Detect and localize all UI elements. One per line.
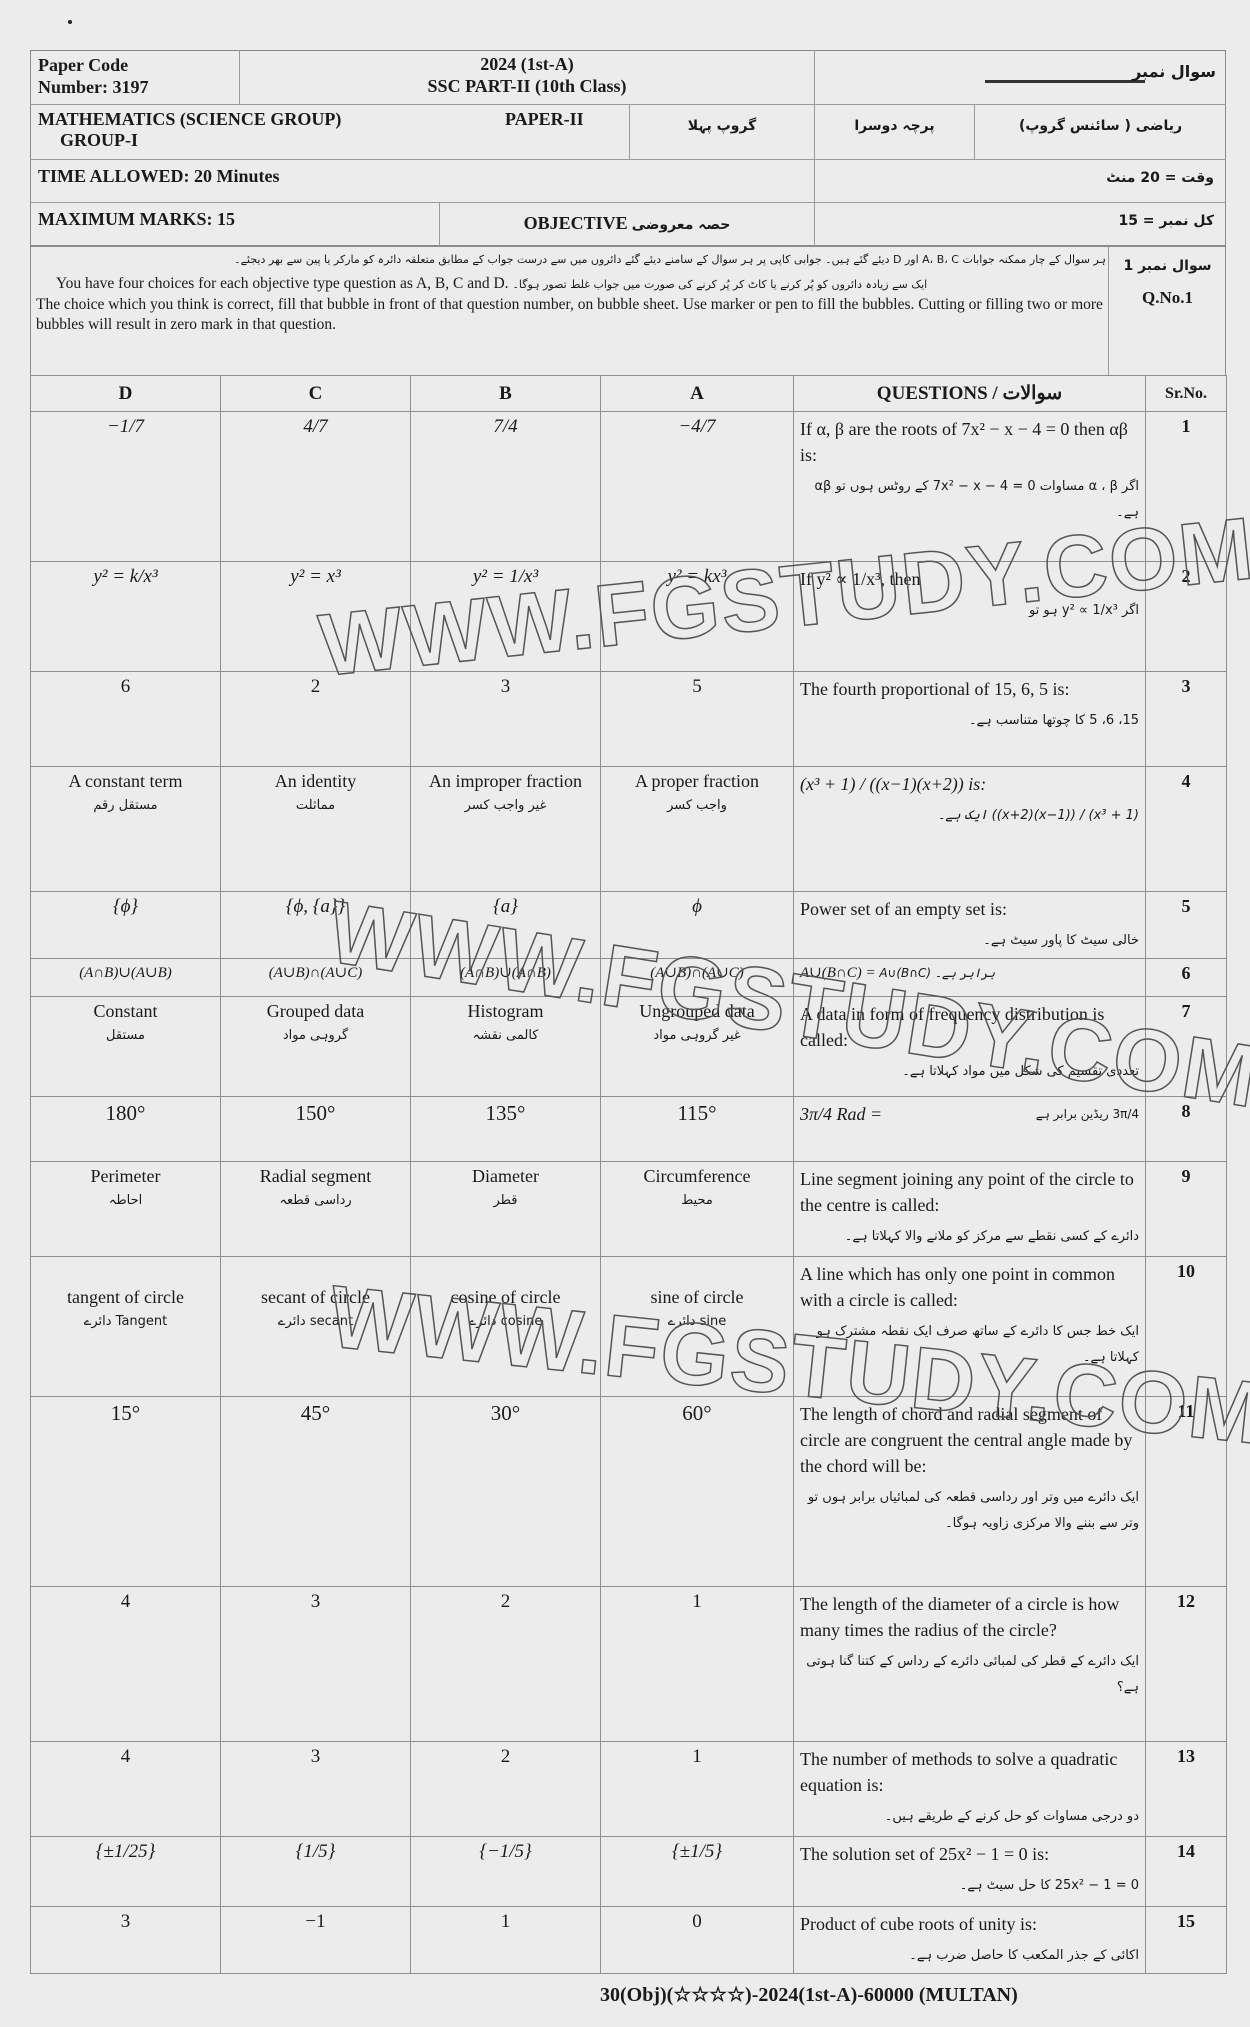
option-c[interactable]: 2	[221, 672, 411, 767]
question-cell: A line which has only one point in commo…	[794, 1257, 1146, 1397]
serial-number: 14	[1146, 1837, 1227, 1907]
option-a[interactable]: 60°	[601, 1397, 794, 1587]
option-d[interactable]: A constant termمستقل رقم	[31, 767, 221, 892]
question-text: If α, β are the roots of 7x² − x − 4 = 0…	[800, 419, 1128, 465]
max-marks: MAXIMUM MARKS: 15	[38, 209, 235, 229]
option-c[interactable]: 3	[221, 1742, 411, 1837]
option-urdu: secant دائرے	[227, 1314, 404, 1329]
serial-number: 1	[1146, 412, 1227, 562]
option-urdu: مماثلت	[227, 798, 404, 813]
marks-urdu: کل نمبر = 15	[1118, 213, 1214, 229]
option-b[interactable]: 135°	[411, 1097, 601, 1162]
serial-number: 6	[1146, 959, 1227, 997]
time-urdu-cell: وقت = 20 منٹ	[815, 160, 1226, 203]
instructions-line2: The choice which you think is correct, f…	[36, 295, 1106, 335]
option-c[interactable]: {ϕ, {a}}	[221, 892, 411, 959]
option-urdu: مستقل رقم	[37, 798, 214, 813]
option-urdu: Tangent دائرے	[37, 1314, 214, 1329]
option-urdu: غیر گروہی مواد	[607, 1028, 787, 1043]
question-urdu: A∪(B∩C) برابر ہے۔	[879, 966, 995, 980]
serial-number: 13	[1146, 1742, 1227, 1837]
option-d[interactable]: 3	[31, 1907, 221, 1974]
question-text: The number of methods to solve a quadrat…	[800, 1749, 1117, 1795]
paper-code-number: Number: 3197	[38, 76, 231, 98]
marks-cell: MAXIMUM MARKS: 15	[30, 203, 440, 246]
question-cell: (x³ + 1) / ((x−1)(x+2)) is:(x³ + 1) / ((…	[794, 767, 1146, 892]
exam-title-cell: 2024 (1st-A) SSC PART-II (10th Class)	[240, 50, 815, 105]
option-b[interactable]: An improper fractionغیر واجب کسر	[411, 767, 601, 892]
option-urdu: cosine دائرے	[417, 1314, 594, 1329]
option-d[interactable]: 6	[31, 672, 221, 767]
col-header-b: B	[411, 376, 601, 412]
question-urdu: دو درجی مساوات کو حل کرنے کے طریقے ہیں۔	[800, 1804, 1139, 1830]
serial-number: 9	[1146, 1162, 1227, 1257]
question-cell: A∪(B∩C) = A∪(B∩C) برابر ہے۔	[794, 959, 1146, 997]
option-d[interactable]: 180°	[31, 1097, 221, 1162]
serial-number: 15	[1146, 1907, 1227, 1974]
group-urdu: گروپ پہلا	[688, 118, 757, 134]
table-row: 3 −1 1 0 Product of cube roots of unity …	[31, 1907, 1227, 1974]
serial-number: 5	[1146, 892, 1227, 959]
option-b[interactable]: cosine of circlecosine دائرے	[411, 1257, 601, 1397]
question-cell: 3π/4 Rad = 3π/4 ریڈین برابر ہے	[794, 1097, 1146, 1162]
option-a[interactable]: −4/7	[601, 412, 794, 562]
option-c[interactable]: (A∪B)∩(A∪C)	[221, 959, 411, 997]
option-c[interactable]: 150°	[221, 1097, 411, 1162]
col-header-c: C	[221, 376, 411, 412]
option-text: An improper fraction	[417, 771, 594, 792]
roll-label-urdu: سوال نمبر	[1132, 62, 1216, 81]
exam-year: 2024 (1st-A)	[240, 53, 814, 75]
option-d[interactable]: {ϕ}	[31, 892, 221, 959]
option-a[interactable]: 0	[601, 1907, 794, 1974]
option-c[interactable]: secant of circlesecant دائرے	[221, 1257, 411, 1397]
option-d[interactable]: {±1/25}	[31, 1837, 221, 1907]
option-text: A proper fraction	[607, 771, 787, 792]
question-cell: Power set of an empty set is:خالی سیٹ کا…	[794, 892, 1146, 959]
question-urdu: دائرے کے کسی نقطے سے مرکز کو ملانے والا …	[800, 1224, 1139, 1250]
option-d[interactable]: Perimeterاحاطہ	[31, 1162, 221, 1257]
group-urdu-cell: گروپ پہلا	[630, 105, 815, 160]
option-a[interactable]: (A∪B)∩(A∪C)	[601, 959, 794, 997]
option-a[interactable]: A proper fractionواجب کسر	[601, 767, 794, 892]
option-c[interactable]: 45°	[221, 1397, 411, 1587]
time-allowed: TIME ALLOWED: 20 Minutes	[38, 166, 280, 186]
question-text: The length of the diameter of a circle i…	[800, 1594, 1119, 1640]
question-cell: The fourth proportional of 15, 6, 5 is:1…	[794, 672, 1146, 767]
table-row: (A∩B)∪(A∪B) (A∪B)∩(A∪C) (A∩B)∪(A∩B) (A∪B…	[31, 959, 1227, 997]
option-d[interactable]: 4	[31, 1742, 221, 1837]
option-d[interactable]: tangent of circleTangent دائرے	[31, 1257, 221, 1397]
question-text: Product of cube roots of unity is:	[800, 1914, 1037, 1934]
table-row: A constant termمستقل رقم An identityمماث…	[31, 767, 1227, 892]
table-row: 15° 45° 30° 60° The length of chord and …	[31, 1397, 1227, 1587]
instructions-line1: You have four choices for each objective…	[56, 275, 509, 292]
question-urdu: خالی سیٹ کا پاور سیٹ ہے۔	[800, 928, 1139, 954]
question-urdu: 15، 6، 5 کا چوتھا متناسب ہے۔	[800, 708, 1139, 734]
question-text: If y² ∝ 1/x³, then	[800, 569, 920, 589]
option-d[interactable]: (A∩B)∪(A∪B)	[31, 959, 221, 997]
question-cell: If α, β are the roots of 7x² − x − 4 = 0…	[794, 412, 1146, 562]
serial-number: 3	[1146, 672, 1227, 767]
option-urdu: غیر واجب کسر	[417, 798, 594, 813]
marks-urdu-cell: کل نمبر = 15	[815, 203, 1226, 246]
question-cell: Product of cube roots of unity is:اکائی …	[794, 1907, 1146, 1974]
qno-urdu: سوال نمبر 1	[1109, 258, 1226, 274]
table-row: −1/7 4/7 7/4 −4/7 If α, β are the roots …	[31, 412, 1227, 562]
question-urdu: اگر y² ∝ 1/x³ ہو تو	[800, 598, 1139, 624]
option-text: Constant	[37, 1001, 214, 1022]
option-a[interactable]: Ungrouped dataغیر گروہی مواد	[601, 997, 794, 1097]
question-urdu: ایک خط جس کا دائرے کے ساتھ صرف ایک نقطہ …	[800, 1319, 1139, 1371]
option-urdu: قطر	[417, 1193, 594, 1208]
option-urdu: گروہی مواد	[227, 1028, 404, 1043]
subject-urdu: ریاضی ( سائنس گروپ)	[1019, 118, 1182, 134]
option-urdu: محیط	[607, 1193, 787, 1208]
roll-number-line	[985, 80, 1145, 83]
option-text: tangent of circle	[37, 1287, 214, 1308]
option-c[interactable]: −1	[221, 1907, 411, 1974]
option-a[interactable]: y² = kx³	[601, 562, 794, 672]
group-name: GROUP-I	[38, 130, 621, 151]
option-a[interactable]: sine of circlesine دائرے	[601, 1257, 794, 1397]
option-b[interactable]: Histogramکالمی نقشہ	[411, 997, 601, 1097]
question-cell: Line segment joining any point of the ci…	[794, 1162, 1146, 1257]
table-row: Constantمستقل Grouped dataگروہی مواد His…	[31, 997, 1227, 1097]
exam-class: SSC PART-II (10th Class)	[240, 75, 814, 97]
qno-label: Q.No.1	[1109, 288, 1226, 308]
option-a[interactable]: Circumferenceمحیط	[601, 1162, 794, 1257]
qno-cell: سوال نمبر 1 Q.No.1	[1108, 246, 1226, 376]
question-urdu: تعددی تقسیم کی شکل میں مواد کہلاتا ہے۔	[800, 1059, 1139, 1085]
option-a[interactable]: 115°	[601, 1097, 794, 1162]
objective-urdu: حصہ معروضی	[632, 217, 731, 233]
option-text: A constant term	[37, 771, 214, 792]
table-row: 180° 150° 135° 115° 3π/4 Rad = 3π/4 ریڈی…	[31, 1097, 1227, 1162]
instructions-text: ہر سوال کے چار ممکنہ جوابات A، B، C اور …	[36, 250, 1106, 335]
option-c[interactable]: 3	[221, 1587, 411, 1742]
option-c[interactable]: Radial segmentرداسی قطعہ	[221, 1162, 411, 1257]
subject-name: MATHEMATICS (SCIENCE GROUP)	[38, 109, 341, 129]
option-text: Histogram	[417, 1001, 594, 1022]
instructions-line1-urdu: ایک سے زیادہ دائروں کو پُر کرنے یا کاٹ ک…	[512, 278, 927, 291]
serial-number: 8	[1146, 1097, 1227, 1162]
option-text: Diameter	[417, 1166, 594, 1187]
option-b[interactable]: 7/4	[411, 412, 601, 562]
option-urdu: احاطہ	[37, 1193, 214, 1208]
paper-number: PAPER-II	[505, 109, 584, 130]
questions-table: D C B A QUESTIONS / سوالات Sr.No. −1/7 4…	[30, 375, 1227, 1974]
table-row: {±1/25} {1/5} {−1/5} {±1/5} The solution…	[31, 1837, 1227, 1907]
question-urdu: 3π/4 ریڈین برابر ہے	[1036, 1101, 1139, 1127]
roll-number-cell: سوال نمبر	[815, 50, 1226, 105]
table-row: 4 3 2 1 The length of the diameter of a …	[31, 1587, 1227, 1742]
table-row: {ϕ} {ϕ, {a}} {a} ϕ Power set of an empty…	[31, 892, 1227, 959]
paper-urdu: پرچہ دوسرا	[854, 118, 934, 134]
serial-number: 12	[1146, 1587, 1227, 1742]
option-d[interactable]: 4	[31, 1587, 221, 1742]
question-urdu: ایک دائرے میں وتر اور رداسی قطعہ کی لمبا…	[800, 1485, 1139, 1537]
serial-number: 7	[1146, 997, 1227, 1097]
table-header-row: D C B A QUESTIONS / سوالات Sr.No.	[31, 376, 1227, 412]
scan-speck	[68, 20, 72, 24]
subject-urdu-cell: ریاضی ( سائنس گروپ)	[975, 105, 1226, 160]
question-text: A line which has only one point in commo…	[800, 1264, 1115, 1310]
question-cell: The number of methods to solve a quadrat…	[794, 1742, 1146, 1837]
paper-code-cell: Paper Code Number: 3197	[30, 50, 240, 105]
question-text: A data in form of frequency distribution…	[800, 1004, 1104, 1050]
option-text: An identity	[227, 771, 404, 792]
table-row: y² = k/x³ y² = x³ y² = 1/x³ y² = kx³ If …	[31, 562, 1227, 672]
table-row: 6 2 3 5 The fourth proportional of 15, 6…	[31, 672, 1227, 767]
option-d[interactable]: −1/7	[31, 412, 221, 562]
option-c[interactable]: y² = x³	[221, 562, 411, 672]
table-row: Perimeterاحاطہ Radial segmentرداسی قطعہ …	[31, 1162, 1227, 1257]
question-urdu: ایک دائرے کے قطر کی لمبائی دائرے کے رداس…	[800, 1649, 1139, 1701]
option-b[interactable]: {−1/5}	[411, 1837, 601, 1907]
option-d[interactable]: Constantمستقل	[31, 997, 221, 1097]
col-header-d: D	[31, 376, 221, 412]
time-urdu: وقت = 20 منٹ	[1106, 170, 1214, 186]
question-urdu: اگر α ، β مساوات 7x² − x − 4 = 0 کے روٹس…	[800, 474, 1139, 526]
option-b[interactable]: 3	[411, 672, 601, 767]
option-text: Grouped data	[227, 1001, 404, 1022]
option-c[interactable]: Grouped dataگروہی مواد	[221, 997, 411, 1097]
objective-label: OBJECTIVE	[524, 213, 628, 233]
paper-urdu-cell: پرچہ دوسرا	[815, 105, 975, 160]
subject-cell: MATHEMATICS (SCIENCE GROUP) PAPER-II GRO…	[30, 105, 630, 160]
instructions-urdu: ہر سوال کے چار ممکنہ جوابات A، B، C اور …	[36, 250, 1106, 270]
option-b[interactable]: 30°	[411, 1397, 601, 1587]
option-c[interactable]: An identityمماثلت	[221, 767, 411, 892]
option-b[interactable]: 1	[411, 1907, 601, 1974]
option-b[interactable]: 2	[411, 1587, 601, 1742]
option-d[interactable]: y² = k/x³	[31, 562, 221, 672]
option-urdu: sine دائرے	[607, 1314, 787, 1329]
question-cell: If y² ∝ 1/x³, thenاگر y² ∝ 1/x³ ہو تو	[794, 562, 1146, 672]
option-b[interactable]: 2	[411, 1742, 601, 1837]
time-cell: TIME ALLOWED: 20 Minutes	[30, 160, 815, 203]
question-cell: A data in form of frequency distribution…	[794, 997, 1146, 1097]
question-cell: The length of the diameter of a circle i…	[794, 1587, 1146, 1742]
question-urdu: اکائی کے جذر المکعب کا حاصل ضرب ہے۔	[800, 1943, 1139, 1969]
question-text: A∪(B∩C) =	[800, 965, 876, 981]
option-c[interactable]: 4/7	[221, 412, 411, 562]
question-urdu: (x³ + 1) / ((x−1)(x+2)) ایک ہے۔	[800, 803, 1139, 829]
option-a[interactable]: {±1/5}	[601, 1837, 794, 1907]
option-urdu: واجب کسر	[607, 798, 787, 813]
option-c[interactable]: {1/5}	[221, 1837, 411, 1907]
question-text: The length of chord and radial segment o…	[800, 1404, 1132, 1476]
question-cell: The length of chord and radial segment o…	[794, 1397, 1146, 1587]
option-b[interactable]: Diameterقطر	[411, 1162, 601, 1257]
serial-number: 2	[1146, 562, 1227, 672]
serial-number: 11	[1146, 1397, 1227, 1587]
option-a[interactable]: ϕ	[601, 892, 794, 959]
serial-number: 4	[1146, 767, 1227, 892]
col-header-questions: QUESTIONS / سوالات	[794, 376, 1146, 412]
question-urdu: 25x² − 1 = 0 کا حل سیٹ ہے۔	[800, 1873, 1139, 1899]
option-a[interactable]: 5	[601, 672, 794, 767]
objective-cell: OBJECTIVE حصہ معروضی	[440, 203, 815, 246]
option-a[interactable]: 1	[601, 1742, 794, 1837]
table-row: 4 3 2 1 The number of methods to solve a…	[31, 1742, 1227, 1837]
question-text: Line segment joining any point of the ci…	[800, 1169, 1134, 1215]
paper-code-label: Paper Code	[38, 54, 231, 76]
question-text: 3π/4 Rad =	[800, 1104, 882, 1124]
option-text: Circumference	[607, 1166, 787, 1187]
option-urdu: مستقل	[37, 1028, 214, 1043]
option-text: Ungrouped data	[607, 1001, 787, 1022]
option-text: secant of circle	[227, 1287, 404, 1308]
question-text: The solution set of 25x² − 1 = 0 is:	[800, 1844, 1049, 1864]
option-b[interactable]: {a}	[411, 892, 601, 959]
option-text: Radial segment	[227, 1166, 404, 1187]
option-text: sine of circle	[607, 1287, 787, 1308]
question-cell: The solution set of 25x² − 1 = 0 is:25x²…	[794, 1837, 1146, 1907]
col-header-srno: Sr.No.	[1146, 376, 1227, 412]
option-urdu: کالمی نقشہ	[417, 1028, 594, 1043]
question-text: Power set of an empty set is:	[800, 899, 1007, 919]
option-text: Perimeter	[37, 1166, 214, 1187]
option-urdu: رداسی قطعہ	[227, 1193, 404, 1208]
question-text: The fourth proportional of 15, 6, 5 is:	[800, 679, 1069, 699]
serial-number: 10	[1146, 1257, 1227, 1397]
table-row: tangent of circleTangent دائرے secant of…	[31, 1257, 1227, 1397]
option-a[interactable]: 1	[601, 1587, 794, 1742]
paper-footer: 30(Obj)(☆☆☆☆)-2024(1st-A)-60000 (MULTAN)	[600, 1982, 1018, 2007]
question-text: (x³ + 1) / ((x−1)(x+2)) is:	[800, 774, 986, 794]
col-header-a: A	[601, 376, 794, 412]
option-d[interactable]: 15°	[31, 1397, 221, 1587]
option-b[interactable]: (A∩B)∪(A∩B)	[411, 959, 601, 997]
option-b[interactable]: y² = 1/x³	[411, 562, 601, 672]
option-text: cosine of circle	[417, 1287, 594, 1308]
